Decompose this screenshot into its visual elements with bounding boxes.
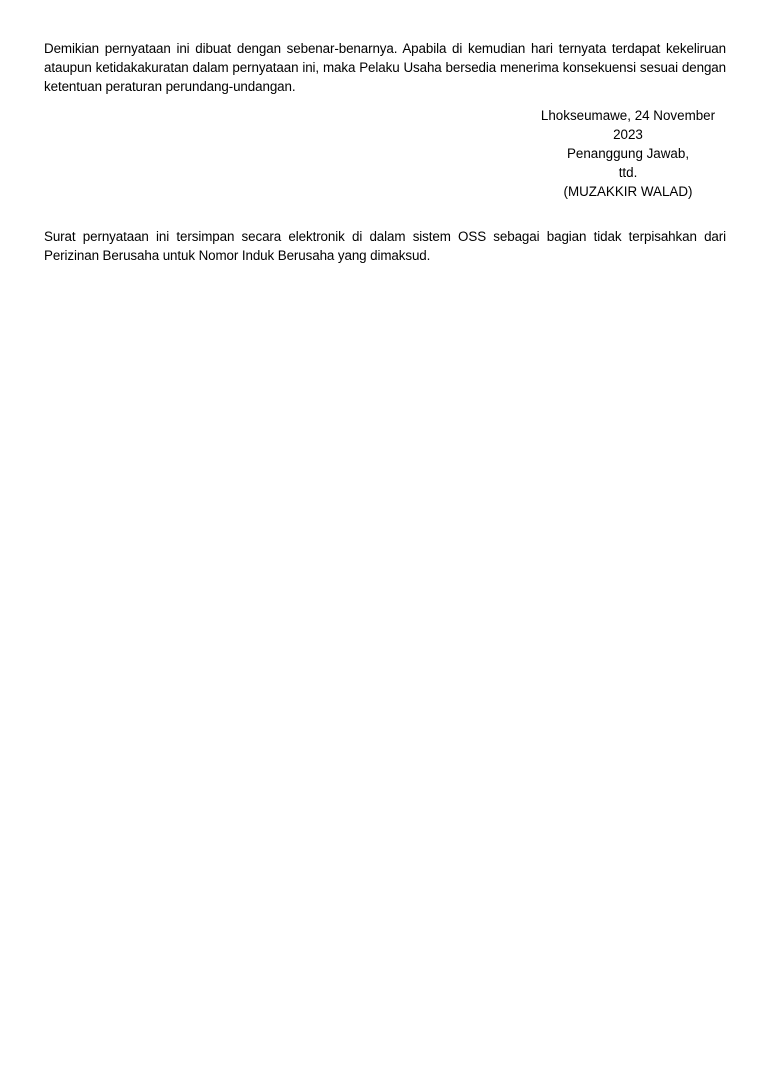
- year-line: 2023: [518, 125, 738, 144]
- closing-statement-paragraph: Demikian pernyataan ini dibuat dengan se…: [44, 39, 726, 96]
- signer-name: (MUZAKKIR WALAD): [518, 182, 738, 201]
- place-date-line: Lhokseumawe, 24 November: [518, 106, 738, 125]
- signed-mark: ttd.: [518, 163, 738, 182]
- electronic-storage-note: Surat pernyataan ini tersimpan secara el…: [44, 227, 726, 265]
- signature-block: Lhokseumawe, 24 November 2023 Penanggung…: [518, 106, 738, 201]
- document-page: Demikian pernyataan ini dibuat dengan se…: [0, 0, 768, 1087]
- signer-role: Penanggung Jawab,: [518, 144, 738, 163]
